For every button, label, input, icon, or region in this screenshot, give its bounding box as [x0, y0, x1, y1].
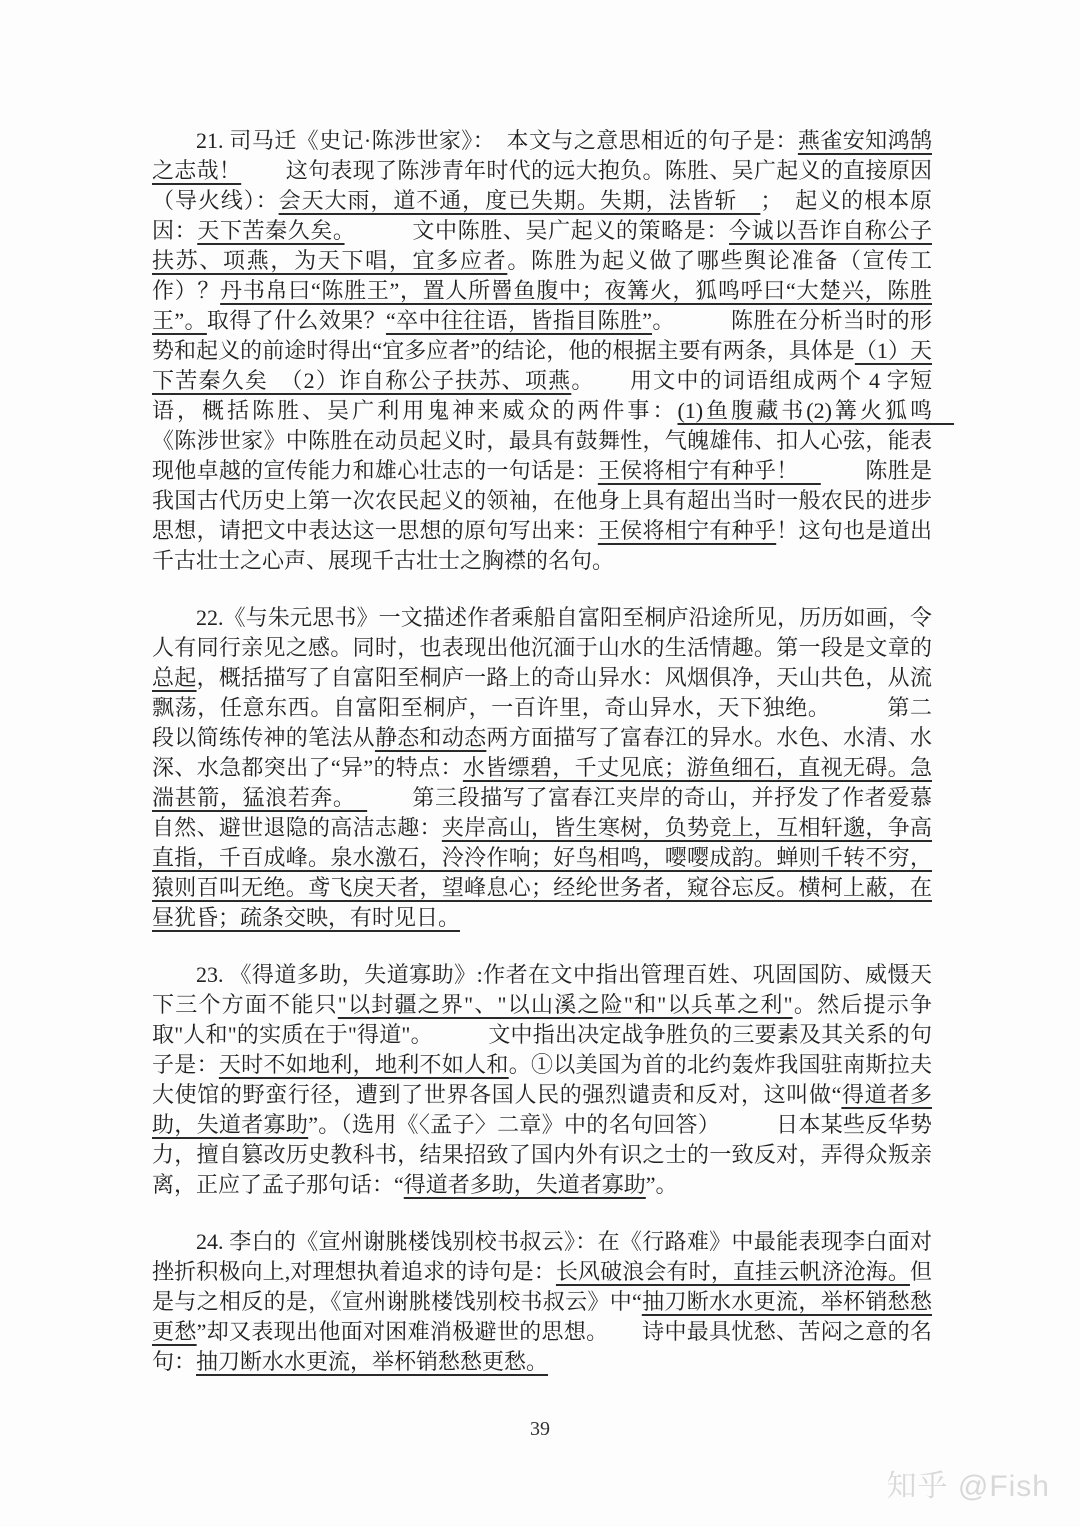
document-body: 21. 司马迁《史记·陈涉世家》： 本文与之意思相近的句子是：燕雀安知鸿鹄之志哉…	[152, 126, 932, 1377]
text-run: 取得了什么效果？	[207, 308, 386, 333]
watermark: 知乎 @Fish	[887, 1461, 1050, 1505]
text-run: 22.《与朱元思书》一文描述作者乘船自富阳至桐庐沿途所见，历历如画，令人有同行亲…	[152, 605, 932, 660]
underlined-answer-text: 得道者多助，失道者寡助	[404, 1172, 646, 1197]
text-run: ”。	[646, 1172, 678, 1197]
page-number: 39	[0, 1418, 1080, 1441]
underlined-answer-text: 长风破浪会有时，直挂云帆济沧海。	[556, 1259, 910, 1284]
paragraph-21: 21. 司马迁《史记·陈涉世家》： 本文与之意思相近的句子是：燕雀安知鸿鹄之志哉…	[152, 126, 932, 576]
document-page: 21. 司马迁《史记·陈涉世家》： 本文与之意思相近的句子是：燕雀安知鸿鹄之志哉…	[0, 0, 1080, 1527]
underlined-answer-text: 王侯将相宁有种乎！	[598, 458, 821, 483]
text-run: 21. 司马迁《史记·陈涉世家》： 本文与之意思相近的句子是：	[196, 128, 798, 153]
underlined-answer-text: 会天大雨，道不通，度已失期。失期，法皆斩	[279, 188, 761, 213]
text-run: 文中陈胜、吴广起义的策略是：	[345, 218, 729, 243]
underlined-answer-text: 天时不如地利，地利不如人和	[219, 1052, 509, 1077]
paragraph-24: 24. 李白的《宣州谢朓楼饯别校书叔云》：在《行路难》中最能表现李白面对挫折积极…	[152, 1227, 932, 1377]
underlined-answer-text: 总起	[152, 665, 197, 690]
underlined-answer-text: 天下苦秦久矣。	[197, 218, 344, 243]
underlined-answer-text: 抽刀断水水更流，举杯销愁愁更愁。	[196, 1349, 548, 1374]
underlined-answer-text: “卒中往往语，皆指目陈胜”	[386, 308, 652, 333]
underlined-answer-text: "以封疆之界"、"以山溪之险"和"以兵革之利"	[338, 992, 793, 1017]
underlined-answer-text: 静态和动态	[375, 725, 486, 750]
paragraph-23: 23. 《得道多助，失道寡助》:作者在文中指出管理百姓、巩固国防、威慑天下三个方…	[152, 960, 932, 1200]
underlined-answer-text: 王侯将相宁有种乎	[598, 518, 776, 543]
paragraph-22: 22.《与朱元思书》一文描述作者乘船自富阳至桐庐沿途所见，历历如画，令人有同行亲…	[152, 603, 932, 933]
underlined-answer-text: (1)鱼腹藏书(2)篝火狐鸣	[677, 398, 954, 423]
